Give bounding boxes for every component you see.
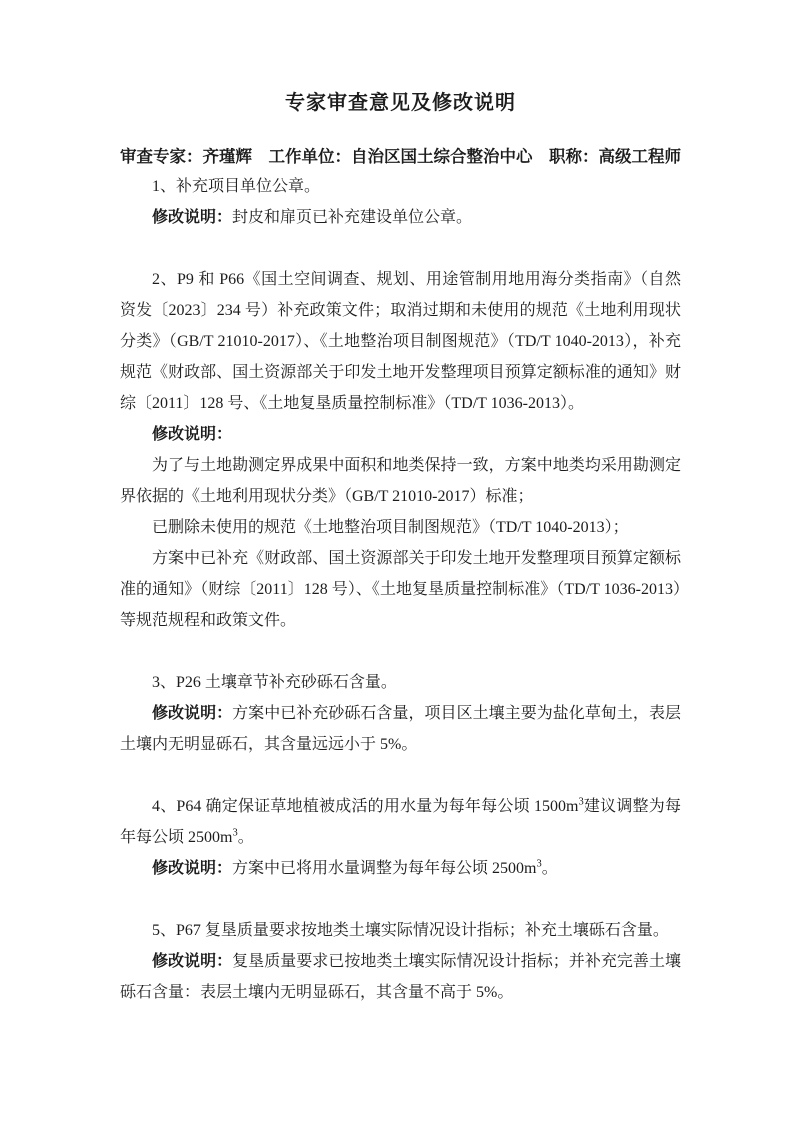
reviewer-line: 审查专家：齐瑾辉 工作单位：自治区国土综合整治中心 职称：高级工程师: [120, 144, 681, 171]
issue-text: 4、P64 确定保证草地植被成活的用水量为每年每公顷 1500m: [152, 798, 578, 815]
note-label: 修改说明：: [152, 860, 232, 877]
section-1-note: 修改说明：封皮和扉页已补充建设单位公章。: [120, 202, 681, 233]
section-2-note-para-2: 已删除未使用的规范《土地整治项目制图规范》（TD/T 1040-2013）；: [120, 512, 681, 543]
section-4: 4、P64 确定保证草地植被成活的用水量为每年每公顷 1500m3建议调整为每年…: [120, 791, 681, 884]
section-4-note: 修改说明：方案中已将用水量调整为每年每公顷 2500m3。: [120, 853, 681, 884]
section-1-issue: 1、补充项目单位公章。: [120, 171, 681, 202]
section-3-note: 修改说明：方案中已补充砂砾石含量，项目区土壤主要为盐化草甸土，表层土壤内无明显砾…: [120, 698, 681, 760]
note-label: 修改说明：: [152, 209, 232, 226]
note-label: 修改说明：: [152, 705, 232, 722]
note-label: 修改说明：: [152, 953, 232, 970]
section-3: 3、P26 土壤章节补充砂砾石含量。 修改说明：方案中已补充砂砾石含量，项目区土…: [120, 667, 681, 760]
section-2-note-para-3: 方案中已补充《财政部、国土资源部关于印发土地开发整理项目预算定额标准的通知》（财…: [120, 543, 681, 636]
section-4-issue: 4、P64 确定保证草地植被成活的用水量为每年每公顷 1500m3建议调整为每年…: [120, 791, 681, 853]
document-title: 专家审查意见及修改说明: [120, 88, 681, 118]
document-page: 专家审查意见及修改说明 审查专家：齐瑾辉 工作单位：自治区国土综合整治中心 职称…: [0, 0, 793, 1122]
section-5-note: 修改说明：复垦质量要求已按地类土壤实际情况设计指标；并补充完善土壤砾石含量：表层…: [120, 946, 681, 1008]
section-3-issue: 3、P26 土壤章节补充砂砾石含量。: [120, 667, 681, 698]
note-text: 封皮和扉页已补充建设单位公章。: [232, 209, 472, 226]
section-2: 2、P9 和 P66《国土空间调查、规划、用途管制用地用海分类指南》（自然资发〔…: [120, 264, 681, 636]
note-label: 修改说明：: [152, 426, 232, 443]
section-5: 5、P67 复垦质量要求按地类土壤实际情况设计指标；补充土壤砾石含量。 修改说明…: [120, 915, 681, 1008]
note-text: 。: [542, 860, 558, 877]
section-2-note-label-line: 修改说明：: [120, 419, 681, 450]
issue-text: 。: [238, 829, 254, 846]
section-1: 1、补充项目单位公章。 修改说明：封皮和扉页已补充建设单位公章。: [120, 171, 681, 233]
section-2-note-para-1: 为了与土地勘测定界成果中面积和地类保持一致，方案中地类均采用勘测定界依据的《土地…: [120, 450, 681, 512]
section-2-issue: 2、P9 和 P66《国土空间调查、规划、用途管制用地用海分类指南》（自然资发〔…: [120, 264, 681, 419]
note-text: 方案中已将用水量调整为每年每公顷 2500m: [232, 860, 536, 877]
section-5-issue: 5、P67 复垦质量要求按地类土壤实际情况设计指标；补充土壤砾石含量。: [120, 915, 681, 946]
